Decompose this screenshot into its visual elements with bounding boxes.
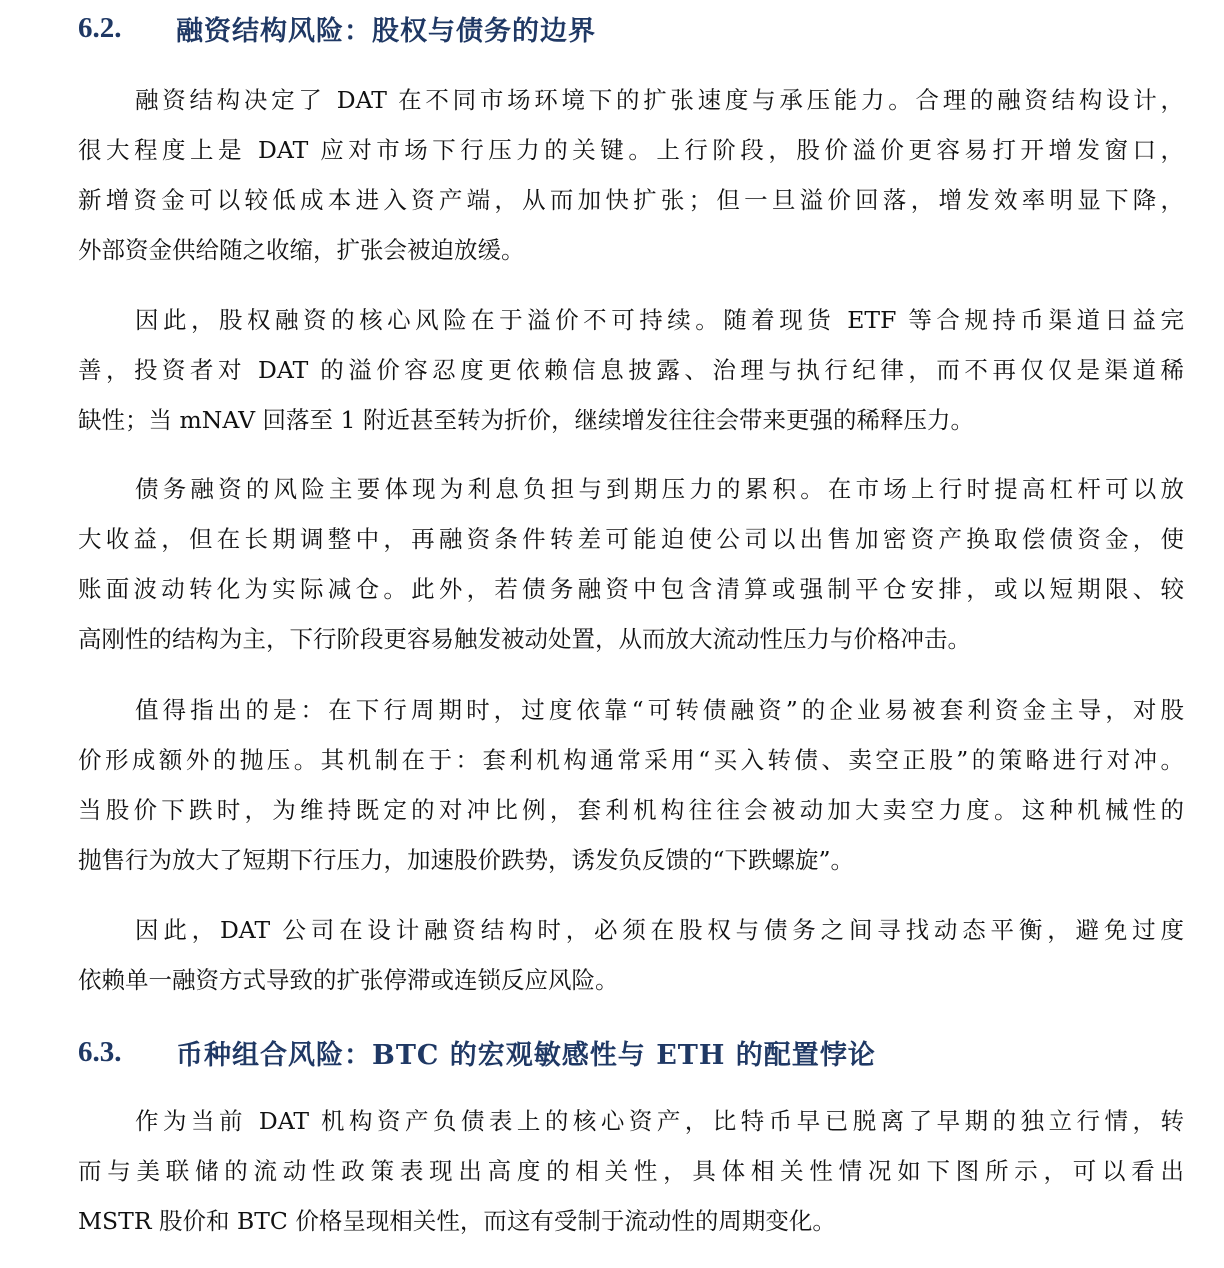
paragraph-line: 账面波动转化为实际减仓。此外，若债务融资中包含清算或强制平仓安排，或以短期限、较: [78, 564, 1184, 614]
section-title: 融资结构风险：股权与债务的边界: [176, 9, 596, 48]
paragraph-line: 而与美联储的流动性政策表现出高度的相关性，具体相关性情况如下图所示，可以看出: [78, 1146, 1184, 1196]
paragraph: 因此，股权融资的核心风险在于溢价不可持续。随着现货 ETF 等合规持币渠道日益完…: [78, 295, 1184, 445]
paragraph-line: 债务融资的风险主要体现为利息负担与到期压力的累积。在市场上行时提高杠杆可以放: [78, 464, 1184, 514]
section-heading-6-2: 6.2. 融资结构风险：股权与债务的边界: [78, 3, 596, 53]
paragraph-line: 大收益，但在长期调整中，再融资条件转差可能迫使公司以出售加密资产换取偿债资金，使: [78, 514, 1184, 564]
paragraph: 作为当前 DAT 机构资产负债表上的核心资产，比特币早已脱离了早期的独立行情，转…: [78, 1096, 1184, 1246]
paragraph-line: 价形成额外的抛压。其机制在于：套利机构通常采用“买入转债、卖空正股”的策略进行对…: [78, 735, 1184, 785]
paragraph-line: 因此，DAT 公司在设计融资结构时，必须在股权与债务之间寻找动态平衡，避免过度: [78, 905, 1184, 955]
paragraph: 融资结构决定了 DAT 在不同市场环境下的扩张速度与承压能力。合理的融资结构设计…: [78, 75, 1184, 275]
section-number: 6.3.: [78, 1036, 176, 1069]
paragraph-line: 当股价下跌时，为维持既定的对冲比例，套利机构往往会被动加大卖空力度。这种机械性的: [78, 785, 1184, 835]
section-heading-6-3: 6.3. 币种组合风险：BTC 的宏观敏感性与 ETH 的配置悖论: [78, 1027, 876, 1077]
paragraph: 因此，DAT 公司在设计融资结构时，必须在股权与债务之间寻找动态平衡，避免过度 …: [78, 905, 1184, 1005]
section-title: 币种组合风险：BTC 的宏观敏感性与 ETH 的配置悖论: [176, 1033, 876, 1072]
paragraph-line: 高刚性的结构为主，下行阶段更容易触发被动处置，从而放大流动性压力与价格冲击。: [78, 614, 1184, 664]
paragraph-line: 新增资金可以较低成本进入资产端，从而加快扩张；但一旦溢价回落，增发效率明显下降，: [78, 175, 1184, 225]
paragraph-line: 缺性；当 mNAV 回落至 1 附近甚至转为折价，继续增发往往会带来更强的稀释压…: [78, 395, 1184, 445]
paragraph-line: 作为当前 DAT 机构资产负债表上的核心资产，比特币早已脱离了早期的独立行情，转: [78, 1096, 1184, 1146]
paragraph-line: 善，投资者对 DAT 的溢价容忍度更依赖信息披露、治理与执行纪律，而不再仅仅是渠…: [78, 345, 1184, 395]
paragraph-line: 融资结构决定了 DAT 在不同市场环境下的扩张速度与承压能力。合理的融资结构设计…: [78, 75, 1184, 125]
paragraph-line: 因此，股权融资的核心风险在于溢价不可持续。随着现货 ETF 等合规持币渠道日益完: [78, 295, 1184, 345]
paragraph: 值得指出的是：在下行周期时，过度依靠“可转债融资”的企业易被套利资金主导，对股 …: [78, 685, 1184, 885]
paragraph-line: 抛售行为放大了短期下行压力，加速股价跌势，诱发负反馈的“下跌螺旋”。: [78, 835, 1184, 885]
paragraph-line: 外部资金供给随之收缩，扩张会被迫放缓。: [78, 225, 1184, 275]
paragraph: 债务融资的风险主要体现为利息负担与到期压力的累积。在市场上行时提高杠杆可以放 大…: [78, 464, 1184, 664]
paragraph-line: 值得指出的是：在下行周期时，过度依靠“可转债融资”的企业易被套利资金主导，对股: [78, 685, 1184, 735]
paragraph-line: MSTR 股价和 BTC 价格呈现相关性，而这有受制于流动性的周期变化。: [78, 1196, 1184, 1246]
paragraph-line: 依赖单一融资方式导致的扩张停滞或连锁反应风险。: [78, 955, 1184, 1005]
paragraph-line: 很大程度上是 DAT 应对市场下行压力的关键。上行阶段，股价溢价更容易打开增发窗…: [78, 125, 1184, 175]
section-number: 6.2.: [78, 12, 176, 45]
